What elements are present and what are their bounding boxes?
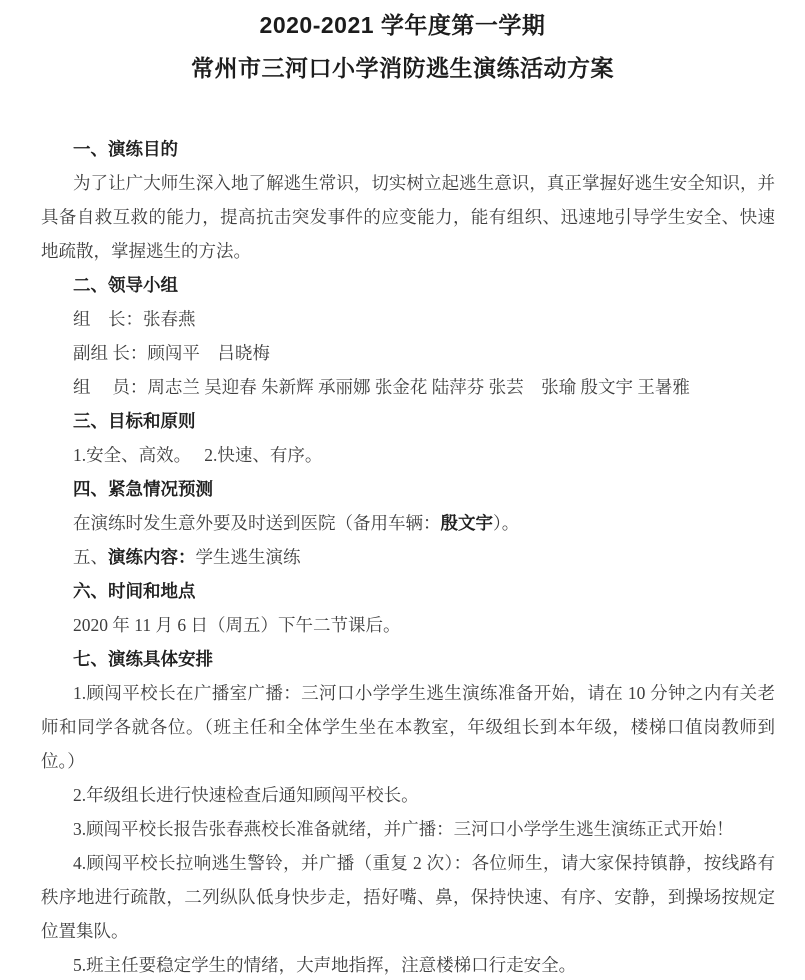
section-6-heading: 六、时间和地点 (41, 574, 775, 608)
section-4-body-post: ）。 (493, 513, 519, 533)
document-page: 2020-2021 学年度第一学期 常州市三河口小学消防逃生演练活动方案 一、演… (0, 0, 805, 980)
group-leader-line: 组 长：张春燕 (41, 302, 775, 336)
section-7-heading: 七、演练具体安排 (41, 642, 775, 676)
group-deputy-leader-line: 副组 长：顾闯平 吕晓梅 (41, 336, 775, 370)
section-1-heading: 一、演练目的 (41, 132, 775, 166)
drill-step-5: 5.班主任要稳定学生的情绪，大声地指挥，注意楼梯口行走安全。 (41, 948, 775, 980)
section-4-heading: 四、紧急情况预测 (41, 472, 775, 506)
drill-step-3: 3.顾闯平校长报告张春燕校长准备就绪，并广播：三河口小学学生逃生演练正式开始！ (41, 812, 775, 846)
document-title-block: 2020-2021 学年度第一学期 常州市三河口小学消防逃生演练活动方案 (0, 0, 805, 83)
drill-step-2: 2.年级组长进行快速检查后通知顾闯平校长。 (41, 778, 775, 812)
doc-title-line2: 常州市三河口小学消防逃生演练活动方案 (0, 53, 805, 83)
section-6-body: 2020 年 11 月 6 日（周五）下午二节课后。 (41, 608, 775, 642)
section-4-body-pre: 在演练时发生意外要及时送到医院（备用车辆： (73, 513, 441, 533)
section-4-body: 在演练时发生意外要及时送到医院（备用车辆：殷文宇）。 (41, 506, 775, 540)
section-3-heading: 三、目标和原则 (41, 404, 775, 438)
section-5-line: 五、演练内容：学生逃生演练 (41, 540, 775, 574)
document-body: 一、演练目的 为了让广大师生深入地了解逃生常识，切实树立起逃生意识，真正掌握好逃… (0, 132, 805, 980)
section-5-label: 演练内容： (108, 547, 196, 567)
group-members-line: 组 员：周志兰 吴迎春 朱新辉 承丽娜 张金花 陆萍芬 张芸 张瑜 殷文宇 王暑… (41, 370, 775, 404)
backup-vehicle-name: 殷文宇 (441, 513, 494, 533)
drill-step-1: 1.顾闯平校长在广播室广播：三河口小学学生逃生演练准备开始，请在 10 分钟之内… (41, 676, 775, 778)
doc-title-line1: 2020-2021 学年度第一学期 (0, 10, 805, 40)
section-3-body: 1.安全、高效。 2.快速、有序。 (41, 438, 775, 472)
section-2-heading: 二、领导小组 (41, 268, 775, 302)
drill-step-4: 4.顾闯平校长拉响逃生警铃，并广播（重复 2 次）：各位师生，请大家保持镇静，按… (41, 846, 775, 948)
section-5-number: 五、 (73, 547, 108, 567)
section-5-value: 学生逃生演练 (196, 547, 301, 567)
section-1-body: 为了让广大师生深入地了解逃生常识，切实树立起逃生意识，真正掌握好逃生安全知识，并… (41, 166, 775, 268)
